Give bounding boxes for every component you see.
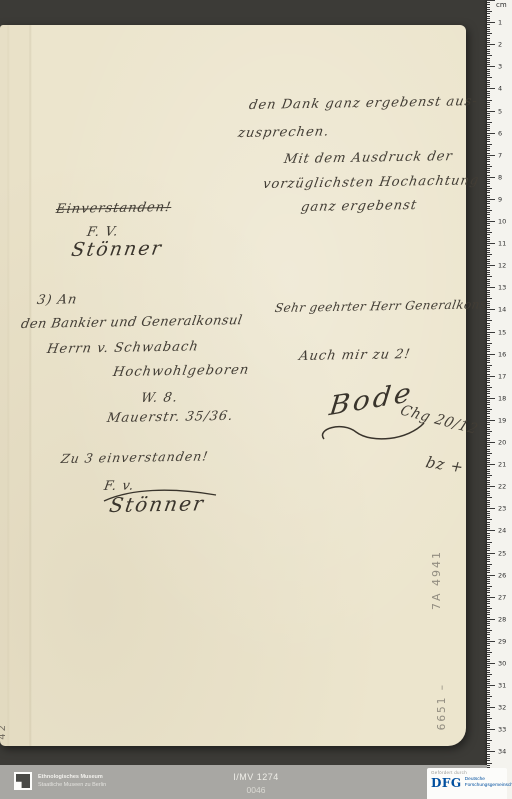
dfg-logo: DFG Deutsche Forschungsgemeinschaft	[431, 776, 507, 790]
scan-page-number: 0046	[233, 784, 279, 796]
reply-note: Auch mir zu 2!	[298, 348, 412, 363]
institution-parent: Staatliche Museen zu Berlin	[38, 781, 106, 789]
address-line: 3) An	[36, 293, 78, 307]
museum-logo-glyph	[16, 774, 30, 788]
pencil-page-mark: 42	[0, 723, 8, 740]
shelfmark-block: I/MV 1274 0046	[233, 771, 279, 796]
museum-logo-icon	[14, 772, 32, 790]
dfg-logo-box: Gefördert durch DFG Deutsche Forschungsg…	[427, 768, 507, 799]
closing-line: vorzüglichsten Hochachtung	[262, 174, 480, 191]
dfg-abbr: DFG	[431, 776, 462, 790]
approval-top-initials: F. V.	[86, 225, 120, 239]
closing-line: ganz ergebenst	[300, 199, 418, 214]
pencil-number-mark: 6651 –	[436, 683, 448, 730]
ruler: cm 1234567891011121314151617181920212223…	[487, 0, 512, 799]
pencil-inventory-mark: 7A 4941	[430, 550, 443, 610]
shelfmark-reference: I/MV 1274	[233, 771, 279, 784]
approval-bottom-signature: Stönner	[108, 493, 206, 515]
address-line: W. 8.	[140, 391, 179, 405]
closing-line: zusprechen.	[237, 125, 330, 140]
approval-bottom-initials: F. v.	[103, 479, 135, 493]
dfg-name-line2: Forschungsgemeinschaft	[465, 783, 512, 789]
address-line: Herrn v. Schwabach	[46, 340, 200, 356]
approval-top-signature: Stönner	[70, 239, 164, 260]
reply-date-note: Chg 20/12	[398, 403, 480, 437]
funding-note: Gefördert durch	[431, 770, 507, 775]
reply-salutation: Sehr geehrter Herr Generalkonsul!	[274, 298, 505, 314]
reply-mark: bz +	[424, 455, 466, 475]
address-line: den Bankier und Generalkonsul	[20, 314, 243, 331]
closing-line: den Dank ganz ergebenst aus-	[248, 95, 479, 112]
address-line: Mauerstr. 35/36.	[106, 410, 234, 425]
closing-line: Mit dem Ausdruck der	[283, 150, 454, 166]
ruler-unit-label: cm	[496, 1, 507, 9]
dfg-full-name: Deutsche Forschungsgemeinschaft	[465, 777, 512, 789]
document-page: den Dank ganz ergebenst aus- zusprechen.…	[0, 25, 466, 746]
address-line: Hochwohlgeboren	[112, 364, 250, 379]
institution-name: Ethnologisches Museum	[38, 773, 106, 781]
institution-label: Ethnologisches Museum Staatliche Museen …	[38, 773, 106, 790]
approval-bottom-text: Zu 3 einverstanden!	[60, 450, 209, 465]
footer-bar: Ethnologisches Museum Staatliche Museen …	[0, 765, 487, 799]
approval-top-text: Einverstanden!	[55, 201, 172, 216]
